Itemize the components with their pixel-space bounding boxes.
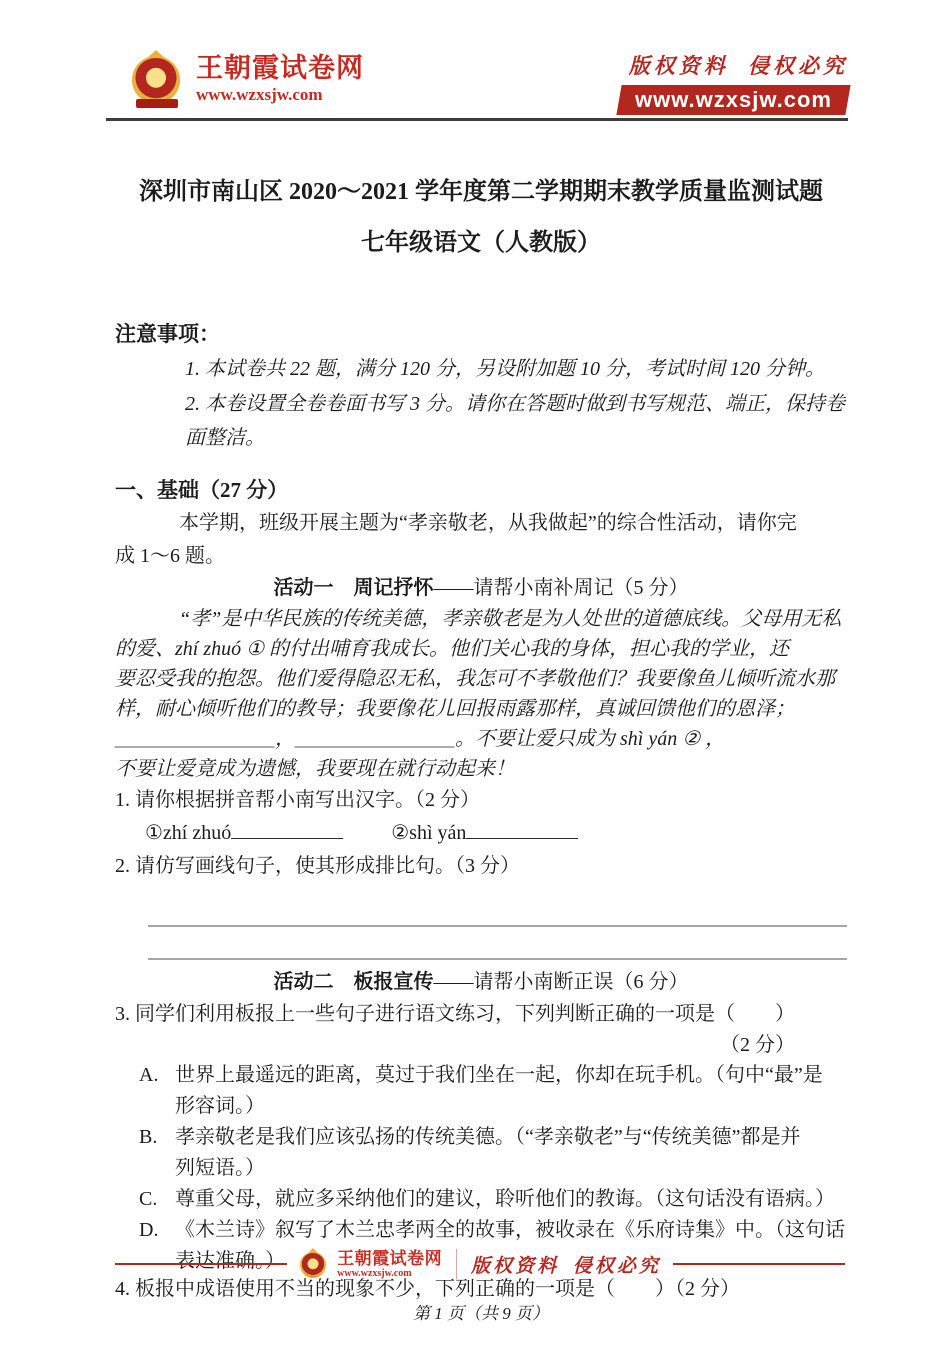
document-page: 王朝霞试卷网 www.wzxsjw.com 版权资料 侵权必究 www.wzxs… [0, 0, 952, 1347]
question-2-stem: 2. 请仿写画线句子，使其形成排比句。（3 分） [115, 850, 847, 883]
option-d-line-1: 《木兰诗》叙写了木兰忠孝两全的故事，被收录在《乐府诗集》中。（这句话 [175, 1215, 847, 1246]
footer-rule-left [115, 1263, 287, 1265]
passage-line: 不要让爱竟成为遗憾，我要现在就行动起来！ [115, 754, 847, 784]
activity-two-title-bold: 活动二 板报宣传 [274, 971, 434, 993]
site-logo-icon [130, 50, 186, 108]
footer-site-brand-text: 王朝霞试卷网 www.wzxsjw.com [337, 1250, 442, 1279]
copyright-block: 版权资料 侵权必究 www.wzxsjw.com [619, 50, 848, 115]
site-brand: 王朝霞试卷网 www.wzxsjw.com [130, 50, 364, 108]
option-a-line-1: 世界上最遥远的距离，莫过于我们坐在一起，你却在玩手机。（句中“最”是 [175, 1060, 847, 1091]
answer-line-1 [148, 925, 847, 927]
option-d-label: D. [139, 1215, 158, 1246]
footer-vertical-divider [456, 1249, 457, 1279]
passage: “孝”是中华民族的传统美德，孝亲敬老是为人处世的道德底线。父母用无私 的爱、zh… [115, 604, 847, 784]
site-url-banner-text: www.wzxsjw.com [635, 87, 832, 113]
activity-one-title-bold: 活动一 周记抒怀 [274, 577, 434, 599]
paper-content: 深圳市南山区 2020～2021 学年度第二学期期末教学质量监测试题 七年级语文… [115, 140, 847, 1328]
header-divider [106, 118, 848, 121]
footer-rule-right [673, 1263, 845, 1265]
footer-copyright-slogan: 版权资料 侵权必究 [471, 1251, 661, 1278]
option-a-label: A. [139, 1060, 158, 1091]
option-c-label: C. [139, 1184, 157, 1215]
passage-line: 要忍受我的抱怨。他们爱得隐忍无私，我怎可不孝敬他们？我要像鱼儿倾听流水那 [115, 664, 847, 694]
answer-line-2 [148, 958, 847, 960]
section-intro-line-2: 成 1～6 题。 [115, 540, 847, 573]
notice-heading: 注意事项： [115, 318, 847, 351]
notice-item-2: 2. 本卷设置全卷卷面书写 3 分。请你在答题时做到书写规范、端正，保持卷面整洁… [185, 387, 847, 455]
question-3-stem: 3. 同学们利用板报上一些句子进行语文练习，下列判断正确的一项是（ ） [115, 998, 847, 1031]
passage-line: ＿＿＿＿＿＿＿＿，＿＿＿＿＿＿＿＿。不要让爱只成为 shì yán ② ， [115, 724, 847, 754]
page-header: 王朝霞试卷网 www.wzxsjw.com 版权资料 侵权必究 www.wzxs… [130, 50, 848, 115]
answer-blank-2 [466, 818, 578, 839]
option-b-label: B. [139, 1122, 157, 1153]
answer-blank-1 [231, 818, 343, 839]
section-intro-line-1: 本学期，班级开展主题为“孝亲敬老，从我做起”的综合性活动，请你完 [115, 507, 847, 540]
passage-line: 样，耐心倾听他们的教导；我要像花儿回报雨露那样，真诚回馈他们的恩泽； [115, 694, 847, 724]
site-url: www.wzxsjw.com [196, 86, 364, 104]
paper-subtitle: 七年级语文（人教版） [115, 227, 847, 260]
activity-one-title-rest: ——请帮小南补周记（5 分） [434, 577, 689, 599]
passage-line: “孝”是中华民族的传统美德，孝亲敬老是为人处世的道德底线。父母用无私 [115, 604, 847, 634]
footer-brand-block: 王朝霞试卷网 www.wzxsjw.com 版权资料 侵权必究 [287, 1248, 673, 1280]
pinyin-blank-2-label: ②shì yán [391, 822, 466, 844]
question-1-blanks: ①zhí zhuó②shì yán [115, 817, 847, 850]
option-a: A. 世界上最遥远的距离，莫过于我们坐在一起，你却在玩手机。（句中“最”是 形容… [115, 1060, 847, 1122]
paper-title: 深圳市南山区 2020～2021 学年度第二学期期末教学质量监测试题 [115, 176, 847, 209]
footer-logo-seal-icon [300, 1252, 326, 1278]
copyright-slogan: 版权资料 侵权必究 [619, 50, 848, 80]
pinyin-blank-1-label: ①zhí zhuó [145, 822, 231, 844]
activity-one-title: 活动一 周记抒怀——请帮小南补周记（5 分） [115, 573, 847, 604]
option-b-line-2: 列短语。） [175, 1153, 847, 1184]
option-a-line-2: 形容词。） [175, 1091, 847, 1122]
footer-site-name: 王朝霞试卷网 [337, 1250, 442, 1267]
option-c: C. 尊重父母，就应多采纳他们的建议，聆听他们的教诲。（这句话没有语病。） [115, 1184, 847, 1215]
footer-logo-icon [299, 1248, 329, 1280]
site-url-banner: www.wzxsjw.com [616, 85, 850, 115]
question-1-stem: 1. 请你根据拼音帮小南写出汉字。（2 分） [115, 784, 847, 817]
footer-site-url: www.wzxsjw.com [337, 1269, 442, 1279]
page-footer: 王朝霞试卷网 www.wzxsjw.com 版权资料 侵权必究 [115, 1248, 845, 1280]
site-name: 王朝霞试卷网 [196, 54, 364, 82]
logo-seal-icon [132, 56, 180, 104]
activity-two-title-rest: ——请帮小南断正误（6 分） [434, 971, 689, 993]
option-b-line-1: 孝亲敬老是我们应该弘扬的传统美德。（“孝亲敬老”与“传统美德”都是并 [175, 1122, 847, 1153]
site-brand-text: 王朝霞试卷网 www.wzxsjw.com [196, 54, 364, 103]
question-3-score: （2 分） [115, 1031, 847, 1060]
logo-ribbon-icon [136, 99, 178, 108]
option-b: B. 孝亲敬老是我们应该弘扬的传统美德。（“孝亲敬老”与“传统美德”都是并 列短… [115, 1122, 847, 1184]
option-c-line-1: 尊重父母，就应多采纳他们的建议，聆听他们的教诲。（这句话没有语病。） [175, 1184, 847, 1215]
activity-two-title: 活动二 板报宣传——请帮小南断正误（6 分） [115, 967, 847, 998]
passage-line: 的爱、zhí zhuó ① 的付出哺育我成长。他们关心我的身体，担心我的学业，还 [115, 634, 847, 664]
section-one-heading: 一、基础（27 分） [115, 473, 847, 507]
notice-item-1: 1. 本试卷共 22 题，满分 120 分，另设附加题 10 分，考试时间 12… [185, 352, 847, 386]
